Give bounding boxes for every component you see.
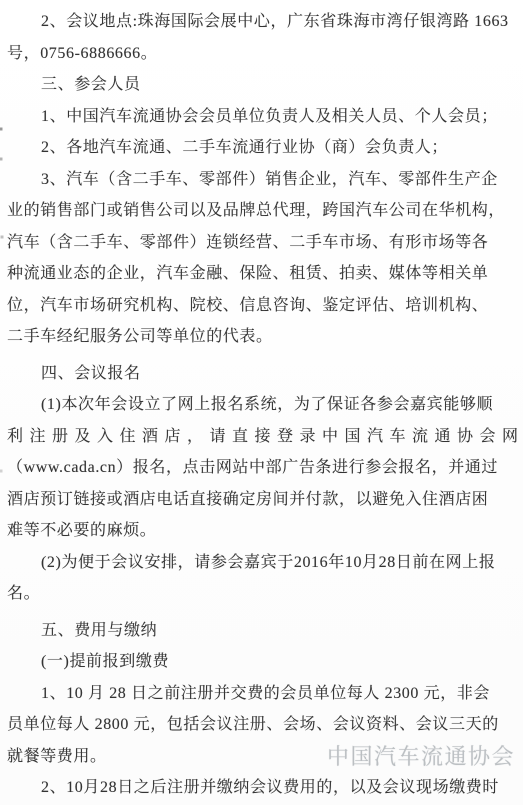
document-line-text: 五、费用与缴纳 [41, 622, 157, 639]
document-line: 三、参会人员 [7, 69, 517, 101]
document-line-text: 3、汽车（含二手车、零部件）销售企业，汽车、零部件生产企 [41, 171, 498, 188]
document-line-text: 2、10月28日之后注册并缴纳会议费用的，以及会议现场缴费时 [41, 779, 499, 796]
document-line-text: 就餐等费用。 [7, 748, 107, 765]
document-line-text: 员单位每人 2800 元，包括会议注册、会场、会议资料、会议三天的 [7, 716, 499, 733]
document-line: 四、会议报名 [7, 358, 517, 390]
document-line-text: （www.cada.cn）报名，点击网站中部广告条进行参会报名，并通过 [7, 459, 498, 476]
document-line: 名。 [7, 578, 517, 610]
document-line: 种流通业态的企业，汽车金融、保险、租赁、拍卖、媒体等相关单 [7, 258, 517, 290]
document-line: 难等不必要的麻烦。 [7, 515, 517, 547]
document-line-text: (1)本次年会设立了网上报名系统，为了保证各参会嘉宾能够顺 [41, 396, 493, 413]
document-line-text: 2、各地汽车流通、二手车流通行业协（商）会负责人； [41, 139, 448, 156]
document-line: 利注册及入住酒店，请直接登录中国汽车流通协会网站 [7, 421, 517, 453]
document-line: 业的销售部门或销售公司以及品牌总代理，跨国汽车公司在华机构， [7, 195, 517, 227]
document-line-text: 位，汽车市场研究机构、院校、信息咨询、鉴定评估、培训机构、 [7, 297, 488, 314]
document-line-text: 2、会议地点:珠海国际会展中心，广东省珠海市湾仔银湾路 1663 [41, 13, 509, 30]
document-line: 五、费用与缴纳 [7, 615, 517, 647]
scan-artifacts [0, 0, 2, 2]
document-line: 2、会议地点:珠海国际会展中心，广东省珠海市湾仔银湾路 1663 [7, 6, 517, 38]
document-line: （www.cada.cn）报名，点击网站中部广告条进行参会报名，并通过 [7, 452, 517, 484]
document-line-text: 四、会议报名 [41, 365, 141, 382]
document-line-text: 1、10 月 28 日之前注册并交费的会员单位每人 2300 元，非会 [41, 685, 490, 702]
document-line-text: 名。 [7, 585, 40, 602]
document-body: 2、会议地点:珠海国际会展中心，广东省珠海市湾仔银湾路 1663 号，0756-… [7, 6, 517, 804]
document-line: 号，0756-6886666。 [7, 38, 517, 70]
document-line: 酒店预订链接或酒店电话直接确定房间并付款，以避免入住酒店困 [7, 484, 517, 516]
document-line: (一)提前报到缴费 [7, 646, 517, 678]
document-line-text: 酒店预订链接或酒店电话直接确定房间并付款，以避免入住酒店困 [7, 491, 488, 508]
document-line: 位，汽车市场研究机构、院校、信息咨询、鉴定评估、培训机构、 [7, 290, 517, 322]
document-line-text: 汽车（含二手车、零部件）连锁经营、二手车市场、有形市场等各 [7, 234, 488, 251]
document-line: 1、中国汽车流通协会会员单位负责人及相关人员、个人会员； [7, 101, 517, 133]
document-line: 汽车（含二手车、零部件）连锁经营、二手车市场、有形市场等各 [7, 227, 517, 259]
document-line-text: 号，0756-6886666。 [7, 45, 157, 62]
document-line-text: 1、中国汽车流通协会会员单位负责人及相关人员、个人会员； [41, 108, 498, 125]
document-line-text: 种流通业态的企业，汽车金融、保险、租赁、拍卖、媒体等相关单 [7, 265, 488, 282]
document-line: 1、10 月 28 日之前注册并交费的会员单位每人 2300 元，非会 [7, 678, 517, 710]
document-line-text: 利注册及入住酒店，请直接登录中国汽车流通协会网站 [7, 428, 517, 445]
document-line: (2)为便于会议安排，请参会嘉宾于2016年10月28日前在网上报 [7, 547, 517, 579]
document-page: 2、会议地点:珠海国际会展中心，广东省珠海市湾仔银湾路 1663 号，0756-… [0, 0, 523, 805]
document-line: 就餐等费用。 [7, 741, 517, 773]
document-line-text: 难等不必要的麻烦。 [7, 522, 156, 539]
document-line: 2、10月28日之后注册并缴纳会议费用的，以及会议现场缴费时 [7, 772, 517, 804]
document-line: 3、汽车（含二手车、零部件）销售企业，汽车、零部件生产企 [7, 164, 517, 196]
document-line-text: 三、参会人员 [41, 76, 141, 93]
document-line-text: (2)为便于会议安排，请参会嘉宾于2016年10月28日前在网上报 [41, 554, 495, 571]
document-line: 员单位每人 2800 元，包括会议注册、会场、会议资料、会议三天的 [7, 709, 517, 741]
document-line-text: 业的销售部门或销售公司以及品牌总代理，跨国汽车公司在华机构， [7, 202, 505, 219]
document-line-text: (一)提前报到缴费 [41, 653, 169, 670]
document-line: 2、各地汽车流通、二手车流通行业协（商）会负责人； [7, 132, 517, 164]
document-line: (1)本次年会设立了网上报名系统，为了保证各参会嘉宾能够顺 [7, 389, 517, 421]
document-line: 二手车经纪服务公司等单位的代表。 [7, 321, 517, 353]
document-line-text: 二手车经纪服务公司等单位的代表。 [7, 328, 273, 345]
